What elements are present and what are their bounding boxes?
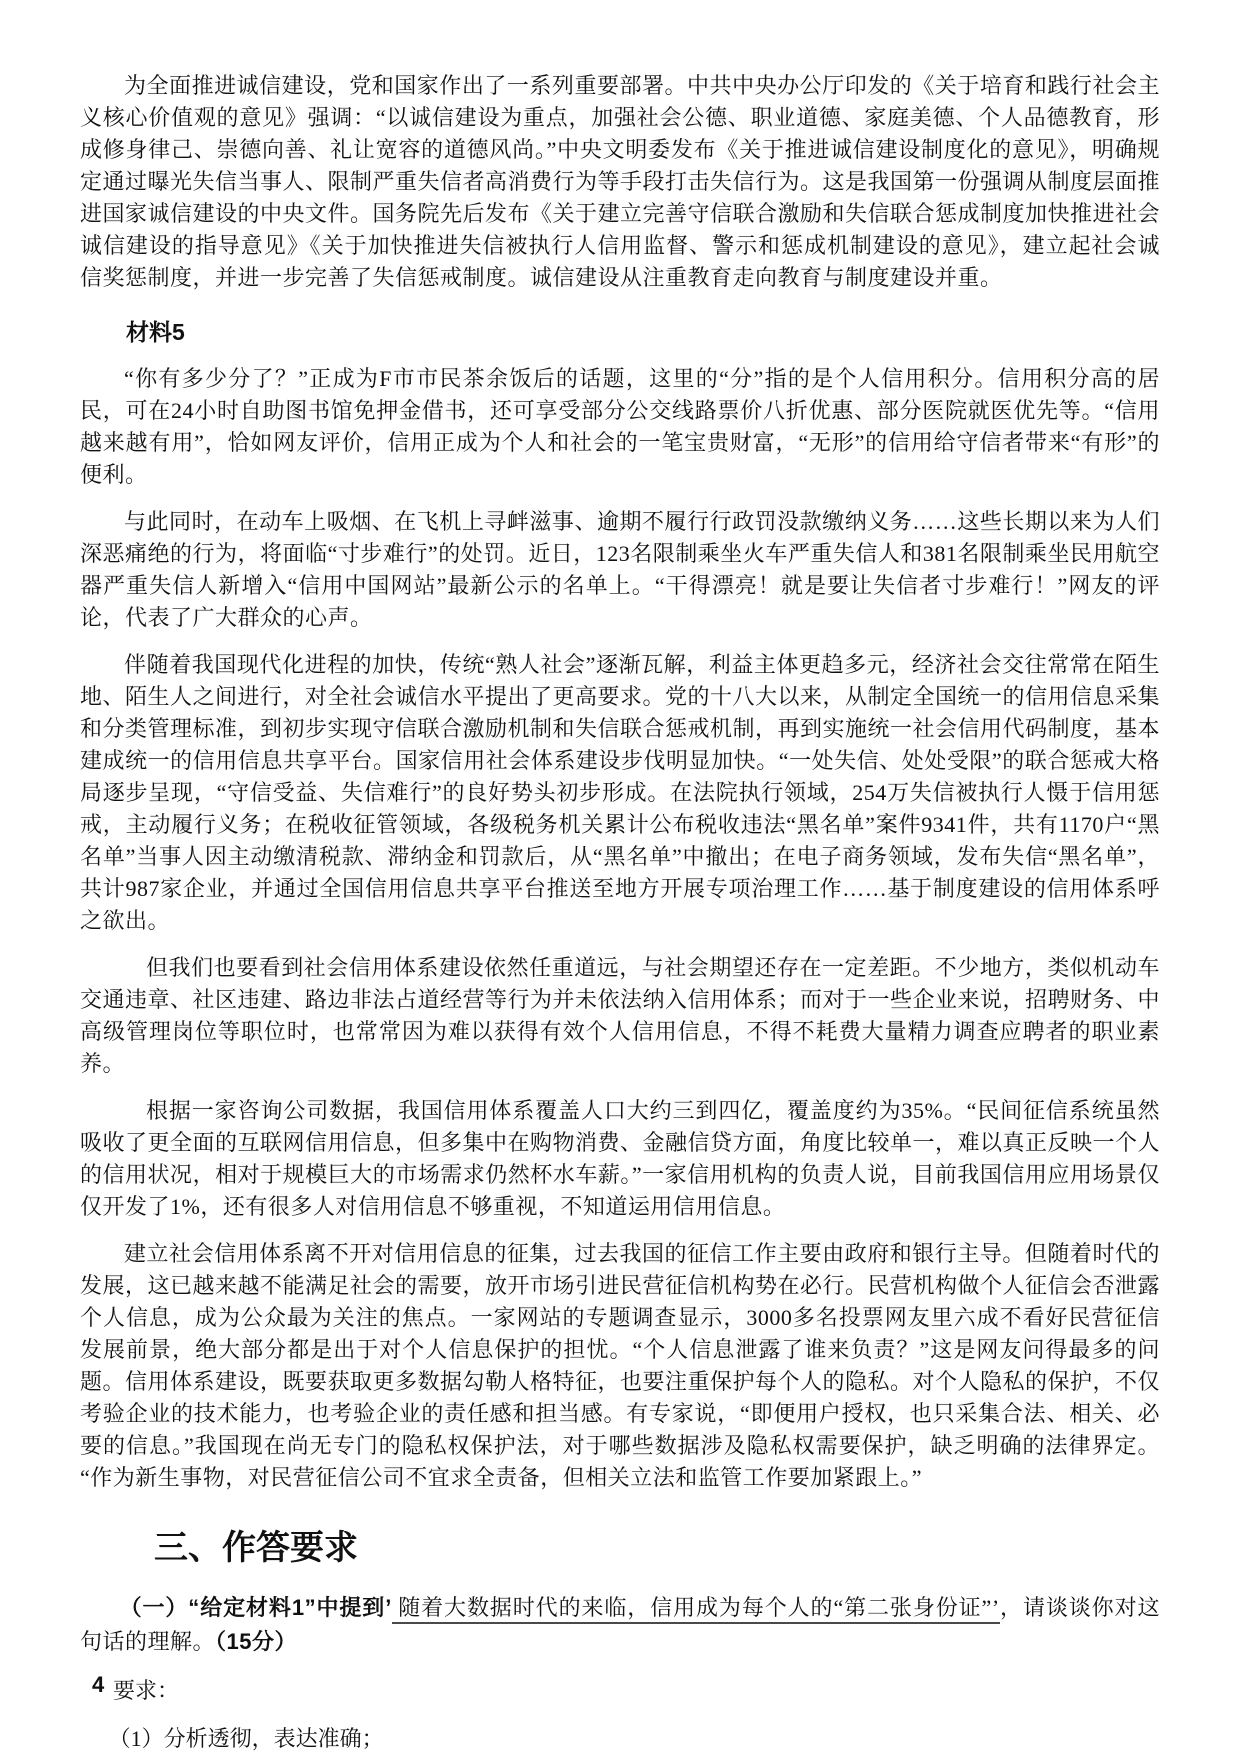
material-5-heading: 材料5: [80, 314, 1160, 347]
section-3-heading: 三、作答要求: [80, 1520, 1160, 1569]
question-1-underlined-quote: 随着大数据时代的来临，信用成为每个人的“第二张身份证”’: [392, 1595, 1000, 1624]
material-5-paragraph-3: 伴随着我国现代化进程的加快，传统“熟人社会”逐渐瓦解，利益主体更趋多元，经济社会…: [80, 649, 1160, 937]
document-page: 为全面推进诚信建设，党和国家作出了一系列重要部署。中共中央办公厅印发的《关于培育…: [0, 0, 1240, 1754]
material-5-paragraph-6: 建立社会信用体系离不开对信用信息的征集，过去我国的征信工作主要由政府和银行主导。…: [80, 1238, 1160, 1494]
question-1-lead: （一）“给定材料1”中提到’: [120, 1595, 392, 1620]
requirements-label: 要求：: [80, 1675, 1160, 1707]
material-5-paragraph-5: 根据一家咨询公司数据，我国信用体系覆盖人口大约三到四亿，覆盖度约为35%。“民间…: [80, 1095, 1160, 1223]
intro-paragraph: 为全面推进诚信建设，党和国家作出了一系列重要部署。中共中央办公厅印发的《关于培育…: [80, 70, 1160, 294]
question-1-score: （15分）: [215, 1629, 297, 1654]
material-5-paragraph-1: “你有多少分了？”正成为F市市民茶余饭后的话题，这里的“分”指的是个人信用积分。…: [80, 363, 1160, 491]
requirement-item-1: （1）分析透彻，表达准确；: [80, 1723, 1160, 1754]
question-1-paragraph: （一）“给定材料1”中提到’ 随着大数据时代的来临，信用成为每个人的“第二张身份…: [80, 1591, 1160, 1659]
material-5-paragraph-4: 但我们也要看到社会信用体系建设依然任重道远，与社会期望还存在一定差距。不少地方，…: [80, 952, 1160, 1080]
material-5-paragraph-2: 与此同时，在动车上吸烟、在飞机上寻衅滋事、逾期不履行行政罚没款缴纳义务……这些长…: [80, 506, 1160, 634]
page-number: 4: [92, 1672, 104, 1698]
